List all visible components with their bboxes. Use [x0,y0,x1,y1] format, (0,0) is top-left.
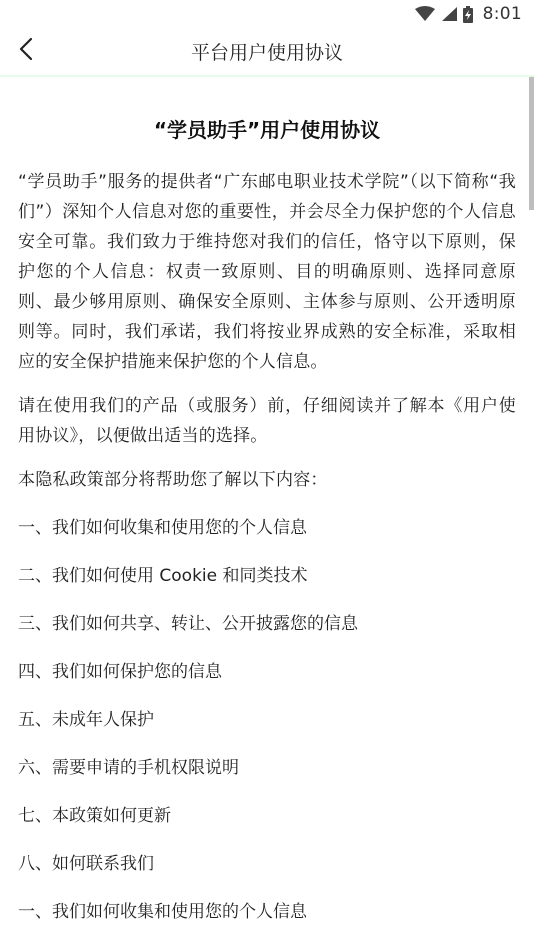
paragraph-read-notice: 请在使用我们的产品（或服务）前，仔细阅读并了解本《用户使用协议》，以便做出适当的… [18,391,516,451]
page-title: 平台用户使用协议 [0,28,534,75]
wifi-icon [415,6,435,22]
document-title: “学员助手”用户使用协议 [18,115,516,145]
battery-charging-icon [463,6,473,23]
section-heading: 一、我们如何收集和使用您的个人信息 [18,897,516,927]
status-bar: 8:01 [0,0,534,28]
toc-item: 四、我们如何保护您的信息 [18,657,516,687]
toc-item: 二、我们如何使用 Cookie 和同类技术 [18,561,516,591]
status-time: 8:01 [483,4,522,24]
app-bar: 平台用户使用协议 [0,28,534,75]
cellular-signal-icon [441,6,457,22]
toc-item: 一、我们如何收集和使用您的个人信息 [18,513,516,543]
toc-item: 五、未成年人保护 [18,705,516,735]
paragraph-toc-lead: 本隐私政策部分将帮助您了解以下内容： [18,465,516,495]
agreement-content[interactable]: “学员助手”用户使用协议 “学员助手”服务的提供者“广东邮电职业技术学院”（以下… [0,77,534,950]
scrollbar-thumb[interactable] [529,77,534,210]
chevron-left-icon [18,37,34,65]
paragraph-intro: “学员助手”服务的提供者“广东邮电职业技术学院”（以下简称“我们”）深知个人信息… [18,167,516,377]
toc-item: 八、如何联系我们 [18,849,516,879]
toc-item: 三、我们如何共享、转让、公开披露您的信息 [18,609,516,639]
toc-item: 六、需要申请的手机权限说明 [18,753,516,783]
back-button[interactable] [10,34,42,68]
toc-item: 七、本政策如何更新 [18,801,516,831]
